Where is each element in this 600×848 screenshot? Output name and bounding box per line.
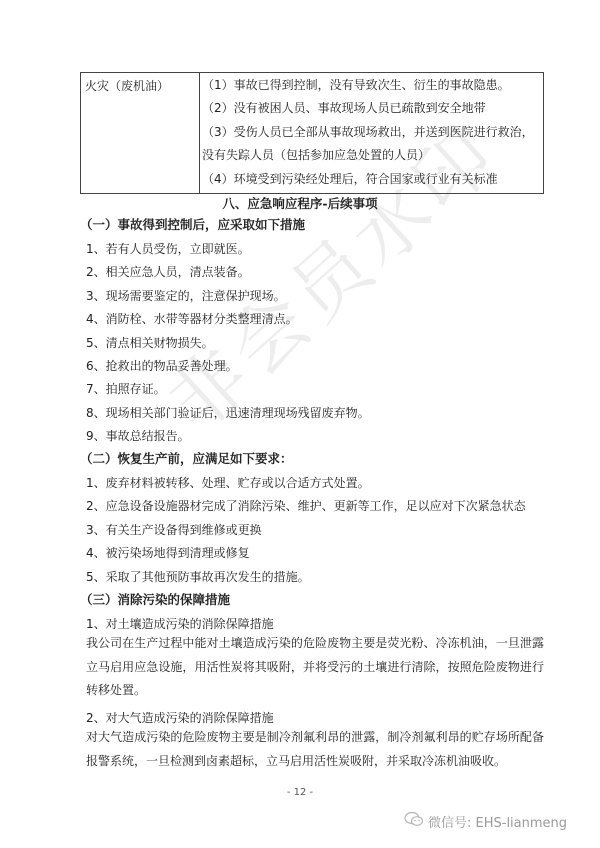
list-item: 3、有关生产设备得到维修或更换: [86, 522, 262, 538]
measure-2-body: 对大气造成污染的危险废物主要是制冷剂氟利昂的泄露，制冷剂氟利昂的贮存场所配备报警…: [86, 726, 544, 773]
document-page: 非会员水印 火灾（废机油） （1）事故已得到控制，没有导致次生、衍生的事故隐患。…: [0, 0, 600, 848]
list-item: 3、现场需要鉴定的，注意保护现场。: [86, 288, 286, 304]
page-number: - 12 -: [0, 787, 600, 798]
wechat-footer: 微信号: EHS-lianmeng: [404, 811, 567, 831]
list-item: 7、拍照存证。: [86, 381, 166, 397]
list-item: 1、若有人员受伤，立即就医。: [86, 241, 250, 257]
list-item: 6、抢救出的物品妥善处理。: [86, 358, 238, 374]
condition-4: （4）环境受到污染经处理后，符合国家或行业有关标准: [202, 168, 539, 191]
list-item: 1、废弃材料被转移、处理、贮存或以合适方式处置。: [86, 475, 370, 491]
measure-1-title: 1、对土壤造成污染的消除保障措施: [86, 616, 274, 632]
wechat-icon: [404, 811, 424, 831]
list-item: 5、采取了其他预防事故再次发生的措施。: [86, 569, 310, 585]
table-category-cell: 火灾（废机油）: [81, 73, 200, 194]
condition-3: （3）受伤人员已全部从事故现场救出，并送到医院进行救治，没有失踪人员（包括参加应…: [202, 121, 539, 168]
condition-2: （2）没有被困人员、事故现场人员已疏散到安全地带: [202, 97, 539, 120]
table-conditions-cell: （1）事故已得到控制，没有导致次生、衍生的事故隐患。 （2）没有被困人员、事故现…: [200, 73, 544, 194]
subsection-1-title: （一）事故得到控制后，应采取如下措施: [80, 217, 305, 233]
list-item: 4、消防栓、水带等器材分类整理清点。: [86, 311, 298, 327]
category-label: 火灾（废机油）: [85, 79, 169, 93]
list-item: 4、被污染场地得到清理或修复: [86, 545, 250, 561]
subsection-3-title: （三）消除污染的保障措施: [80, 592, 230, 608]
condition-1: （1）事故已得到控制，没有导致次生、衍生的事故隐患。: [202, 74, 539, 97]
section-title: 八、应急响应程序-后续事项: [0, 194, 600, 212]
list-item: 5、清点相关财物损失。: [86, 335, 214, 351]
list-item: 8、现场相关部门验证后，迅速清理现场残留废弃物。: [86, 405, 370, 421]
recovery-conditions-table: 火灾（废机油） （1）事故已得到控制，没有导致次生、衍生的事故隐患。 （2）没有…: [80, 72, 544, 194]
measure-2-title: 2、对大气造成污染的消除保障措施: [86, 710, 274, 726]
subsection-2-title: （二）恢复生产前，应满足如下要求：: [80, 451, 293, 467]
list-item: 2、应急设备设施器材完成了消除污染、维护、更新等工作，足以应对下次紧急状态: [86, 498, 526, 514]
measure-1-body: 我公司在生产过程中能对土壤造成污染的危险废物主要是荧光粉、冷冻机油，一旦泄露立马…: [86, 632, 544, 703]
list-item: 2、相关应急人员，清点装备。: [86, 264, 250, 280]
wechat-id-label: 微信号: EHS-lianmeng: [428, 812, 567, 831]
list-item: 9、事故总结报告。: [86, 428, 190, 444]
